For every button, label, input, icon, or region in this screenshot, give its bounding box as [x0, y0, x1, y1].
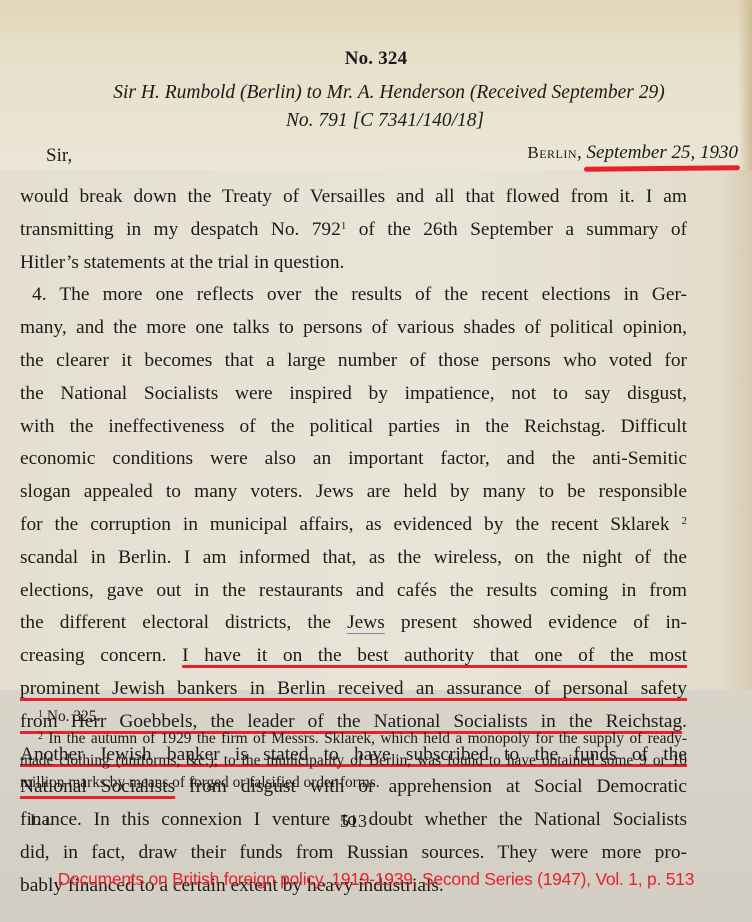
footnote-ref-2[interactable]: 2 — [681, 515, 687, 527]
footnotes: 1 No. 325. 2 In the autumn of 1929 the f… — [20, 706, 687, 794]
salutation: Sir, — [46, 145, 72, 167]
footnote-ref-1[interactable]: 1 — [341, 220, 347, 232]
dateline-date: September 25, 1930 — [587, 142, 738, 163]
footnote-marker: 1 — [38, 709, 43, 720]
body-line: with the ineffectiveness of the politica… — [20, 411, 687, 444]
highlighted-passage: prominent Jewish bankers in Berlin recei… — [20, 678, 687, 699]
body-text-fragment: the different electoral districts, the — [20, 612, 347, 633]
body-text-fragment: of the 26th September a summary of — [359, 219, 687, 240]
body-line: elections, gave out in the restaurants a… — [20, 575, 687, 608]
letter-body: would break down the Treaty of Versaille… — [20, 181, 687, 903]
footnote-text: In the autumn of 1929 the firm of Messrs… — [20, 730, 687, 791]
dateline-comma: , — [577, 142, 587, 163]
reference-line: No. 791 [C 7341/140/18] — [0, 110, 752, 132]
footnote-2: 2 In the autumn of 1929 the firm of Mess… — [20, 728, 687, 794]
document-number: No. 324 — [0, 48, 752, 70]
correspondence-line: Sir H. Rumbold (Berlin) to Mr. A. Hender… — [0, 82, 752, 104]
body-line: economic conditions were also an importa… — [20, 443, 687, 476]
footnote-1: 1 No. 325. — [20, 706, 687, 728]
footnote-marker: 2 — [38, 731, 43, 742]
body-line: creasing concern. I have it on the best … — [20, 640, 687, 673]
highlighted-passage: I have it on the best authority that one… — [182, 645, 687, 666]
body-text-fragment: for the corruption in municipal affairs,… — [20, 514, 670, 535]
source-citation: Documents on British foreign policy, 191… — [0, 869, 752, 890]
body-line-paragraph-4: 4. The more one reflects over the result… — [20, 279, 687, 312]
dateline-place: Berlin — [527, 143, 577, 162]
body-line: the clearer it becomes that a large numb… — [20, 345, 687, 378]
body-line: would break down the Treaty of Versaille… — [20, 181, 687, 214]
body-line: did, in fact, draw their funds from Russ… — [20, 837, 687, 870]
body-text-fragment: present showed evidence of in- — [385, 612, 687, 633]
hyperlink-jews[interactable]: Jews — [347, 612, 385, 633]
body-line: transmitting in my despatch No. 7921 of … — [20, 214, 687, 247]
page-number: 513 — [340, 811, 367, 832]
body-line: the National Socialists were inspired by… — [20, 378, 687, 411]
body-line: slogan appealed to many voters. Jews are… — [20, 476, 687, 509]
body-line: scandal in Berlin. I am informed that, a… — [20, 542, 687, 575]
body-line: prominent Jewish bankers in Berlin recei… — [20, 673, 687, 706]
body-line: for the corruption in municipal affairs,… — [20, 509, 687, 542]
body-line: many, and the more one talks to persons … — [20, 312, 687, 345]
footnote-text: No. 325. — [47, 708, 100, 725]
printer-signature-mark: L l — [30, 812, 53, 830]
body-text-fragment: creasing concern. — [20, 645, 182, 666]
body-text-fragment: transmitting in my despatch No. 792 — [20, 219, 341, 240]
dateline: Berlin, September 25, 1930 — [527, 142, 738, 164]
body-line: Hitler’s statements at the trial in ques… — [20, 247, 687, 280]
body-line: the different electoral districts, the J… — [20, 607, 687, 640]
